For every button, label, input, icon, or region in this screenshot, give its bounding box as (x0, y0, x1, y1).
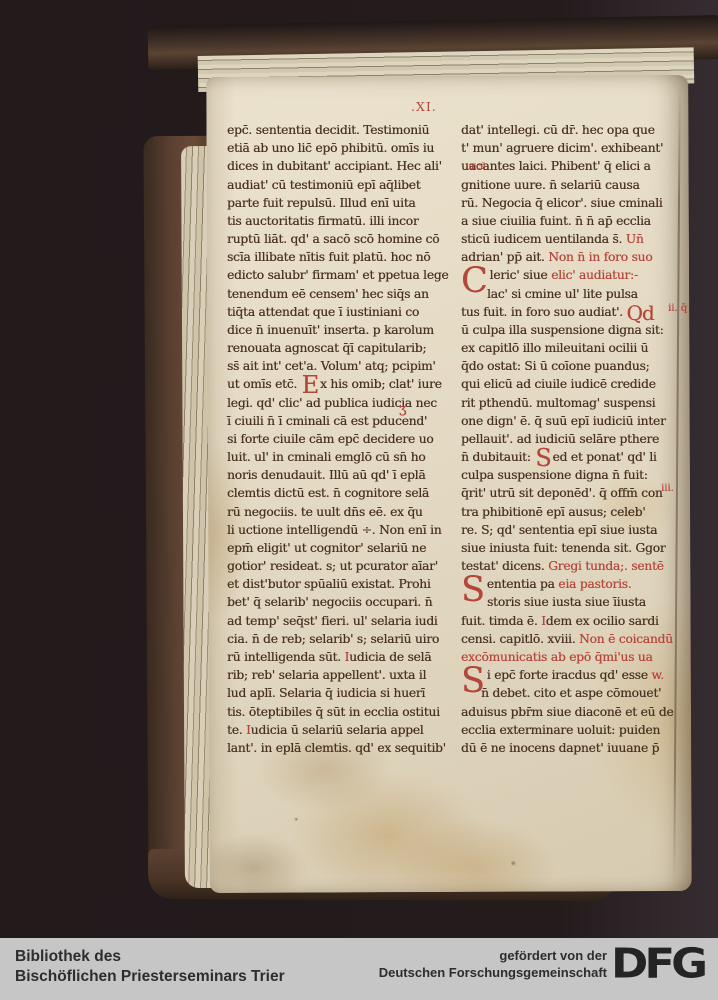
manuscript-line: tenendum eē censem' hec siq̄s an (227, 285, 439, 303)
ink-text: edicto salubr' firmam' et ppetua lege (227, 268, 448, 282)
manuscript-line: etiā ab uno lic̄ epō phibitū. omīs iu (227, 139, 439, 157)
ink-text: et dist'butor spūaliū existat. Prohi (227, 577, 431, 591)
ink-text: sticū iudicem uentilanda s̄. (461, 232, 626, 246)
manuscript-line: ex capitlō illo mileuitani ocilii ū (461, 339, 693, 357)
manuscript-line: parte fuit repulsū. Illud enī uita (227, 194, 439, 212)
ink-text: ruptū liāt. qd' a sacō scō homine cō (227, 232, 439, 246)
ink-text: ed et ponat' qd' li (553, 450, 657, 464)
ink-text: storis siue iusta siue īiusta (487, 595, 646, 609)
manuscript-line: n̄ dubitauit: Sed et ponat' qd' li (461, 448, 693, 466)
manuscript-line: q̄rit' utrū sit deponēd'. q̄ offm̄ con (461, 484, 693, 502)
manuscript-line: qui elicū ad ciuile iudicē credide (461, 375, 693, 393)
rubric-text: excōmunicatis ab epō q̄mi'us ua (461, 650, 653, 664)
manuscript-line: Cleric' siue elic' audiatur:- (461, 266, 693, 284)
ink-text: lant'. in eplā clemtis. qd' ex sequitib' (227, 741, 446, 755)
ink-text: aduisus pbr̄m siue diaconē et eū de (461, 705, 673, 719)
marginal-note: iuicē (466, 162, 485, 171)
ink-text: rib; reb' selaria appellent'. uxta il (227, 668, 426, 682)
manuscript-line: gotior' resideat. s; ut pcurator aīar' (227, 557, 439, 575)
funding-credit-line1: gefördert von der (379, 948, 607, 965)
manuscript-line: aduisus pbr̄m siue diaconē et eū de (461, 703, 693, 721)
ink-text: renouata agnoscat q̄ī capitularib; (227, 341, 426, 355)
rubric-text: eia pastoris. (558, 577, 631, 591)
ink-text: udicia ū selariū selaria appel (251, 723, 424, 737)
ink-text: siue iniusta fuit: tenenda sit. Ggor (461, 541, 665, 555)
manuscript-line: dice n̄ inuenuīt' inserta. p karolum (227, 321, 439, 339)
manuscript-line: lac' si cmine ul' lite pulsa (461, 285, 693, 303)
ink-text: x his omib; clat' iure (320, 377, 442, 391)
photo-stage: .XI. epc̄. sententia decidit. Testimoniū… (0, 0, 718, 1000)
footer-bar: Bibliothek des Bischöflichen Priestersem… (0, 938, 718, 1000)
manuscript-line: Si epc̄ forte iracdus qd' esse w. (461, 666, 693, 684)
ink-text: leric' siue (490, 268, 552, 282)
manuscript-line: noris denudauit. Illū aū qd' ī eplā (227, 466, 439, 484)
manuscript-line: audiat' cū testimoniū epī aq̄libet (227, 176, 439, 194)
manuscript-line: tiq̄ta attendat que ī iustiniani co (227, 303, 439, 321)
manuscript-line: scīa illibate nītis fuit platū. hoc nō (227, 248, 439, 266)
ink-text: rū. Negocia q̄ elicor'. siue cminali (461, 196, 662, 210)
ink-text: tus fuit. in foro suo audiat'. (461, 305, 626, 319)
manuscript-line: rū intelligenda sūt. Iudicia de selā (227, 648, 439, 666)
manuscript-line: tus fuit. in foro suo audiat'. Qd (461, 303, 693, 321)
ink-text: clemtis dictū est. n̄ cognitore selā (227, 486, 429, 500)
ink-text: epm̄ eligit' ut cognitor' selariū ne (227, 541, 426, 555)
manuscript-line: epm̄ eligit' ut cognitor' selariū ne (227, 539, 439, 557)
manuscript-line: censi. capitlō. xviii. Non ē coicandū (461, 630, 693, 648)
ink-text: i epc̄ forte iracdus qd' esse (487, 668, 652, 682)
ink-text: li uctione intelligendū ÷. Non enī in (227, 523, 441, 537)
ink-text: etiā ab uno lic̄ epō phibitū. omīs iu (227, 141, 434, 155)
ink-text: rit pthendū. multomag' suspensi (461, 396, 655, 410)
manuscript-line: sticū iudicem uentilanda s̄. Un̄ (461, 230, 693, 248)
ink-text: lud aplī. Selaria q̄ iudicia si huerī (227, 686, 425, 700)
library-name: Bibliothek des Bischöflichen Priestersem… (15, 947, 285, 986)
manuscript-column-left: epc̄. sententia decidit. Testimoniūetiā … (227, 121, 439, 757)
rubric-text: w. (651, 668, 663, 682)
manuscript-line: storis siue iusta siue īiusta (461, 593, 693, 611)
manuscript-line: dices in dubitant' accipiant. Hec ali' (227, 157, 439, 175)
manuscript-line: excōmunicatis ab epō q̄mi'us ua (461, 648, 693, 666)
rubric-text: S (461, 570, 485, 610)
library-name-line2: Bischöflichen Priesterseminars Trier (15, 967, 285, 987)
manuscript-line: q̄do ostat: Si ū coīone puandus; (461, 357, 693, 375)
manuscript-line: lant'. in eplā clemtis. qd' ex sequitib' (227, 739, 439, 757)
manuscript-line: legi. qd' clic' ad publica iudicia nec (227, 394, 439, 412)
manuscript-line: culpa suspensione digna n̄ fuit: (461, 466, 693, 484)
ink-text: pellauit'. ad iudiciū selāre pthere (461, 432, 659, 446)
manuscript-line: adrian' pp̄ ait. Non n̄ in foro suo (461, 248, 693, 266)
manuscript-line: re. S; qd' sententia epī siue iusta (461, 521, 693, 539)
ink-text: n̄ debet. cito et aspe cōmouet' (481, 686, 661, 700)
ink-text: dū ē ne inocens dapnet' iuuane p̄ (461, 741, 659, 755)
manuscript-line: ad temp' seq̄st' fieri. ul' selaria iudi (227, 612, 439, 630)
ink-text: ecclia exterminare uoluit: puiden (461, 723, 660, 737)
ink-text: audiat' cū testimoniū epī aq̄libet (227, 178, 420, 192)
manuscript-line: li uctione intelligendū ÷. Non enī in (227, 521, 439, 539)
ink-text: ententia pa (487, 577, 559, 591)
manuscript-line: testat' dicens. Gregi tunda;. sentē (461, 557, 693, 575)
ink-text: a siue ciuilia fuint. n̄ n̄ ap̄ ecclia (461, 214, 651, 228)
funding-credit-line2: Deutschen Forschungsgemeinschaft (379, 965, 607, 982)
manuscript-line: renouata agnoscat q̄ī capitularib; (227, 339, 439, 357)
ink-text: culpa suspensione digna n̄ fuit: (461, 468, 648, 482)
manuscript-line: rū. Negocia q̄ elicor'. siue cminali (461, 194, 693, 212)
ink-text: ss̄ ait int' cet'a. Volum' atq; pcipim' (227, 359, 436, 373)
ink-text: te. (227, 723, 246, 737)
manuscript-line: lud aplī. Selaria q̄ iudicia si huerī (227, 684, 439, 702)
ink-text: gotior' resideat. s; ut pcurator aīar' (227, 559, 438, 573)
ink-text: tenendum eē censem' hec siq̄s an (227, 287, 429, 301)
ink-text: lac' si cmine ul' lite pulsa (487, 287, 638, 301)
ink-text: scīa illibate nītis fuit platū. hoc nō (227, 250, 430, 264)
manuscript-column-right: dat' intellegi. cū dr̄. hec opa quet' mu… (461, 121, 693, 757)
ink-text: tis. ōteptibiles q̄ sūt in ecclia ostitu… (227, 705, 440, 719)
manuscript-line: tis. ōteptibiles q̄ sūt in ecclia ostitu… (227, 703, 439, 721)
ink-text: cia. n̄ de reb; selarib' s; selariū uiro (227, 632, 439, 646)
ink-text: dem ex ocilio sardi (546, 614, 659, 628)
ink-text: fuit. timda ē. (461, 614, 541, 628)
rubric-text: Non ē coicandū (579, 632, 673, 646)
manuscript-line: pellauit'. ad iudiciū selāre pthere (461, 430, 693, 448)
manuscript-line: si forte ciuile cām epc̄ decidere uo (227, 430, 439, 448)
manuscript-line: ī ciuili n̄ ī cminali cā est pducend' (227, 412, 439, 430)
ink-text: ex capitlō illo mileuitani ocilii ū (461, 341, 648, 355)
ink-text: uacantes laici. Phibent' q̄ elici a (461, 159, 651, 173)
ink-text: q̄do ostat: Si ū coīone puandus; (461, 359, 649, 373)
funding-credit: gefördert von der Deutschen Forschungsge… (379, 948, 607, 981)
ink-text: tra phibitionē epī ausus; celeb' (461, 505, 645, 519)
ink-text: dat' intellegi. cū dr̄. hec opa que (461, 123, 655, 137)
manuscript-line: ss̄ ait int' cet'a. Volum' atq; pcipim' (227, 357, 439, 375)
manuscript-line: edicto salubr' firmam' et ppetua lege (227, 266, 439, 284)
ink-text: one dign' ē. q̄ suū epī iudiciū inter (461, 414, 666, 428)
ink-text: qui elicū ad ciuile iudicē credide (461, 377, 656, 391)
ink-text: ī ciuili n̄ ī cminali cā est pducend' (227, 414, 427, 428)
manuscript-line: dū ē ne inocens dapnet' iuuane p̄ (461, 739, 693, 757)
ink-text: ū culpa illa suspensione digna sit: (461, 323, 664, 337)
ink-text: re. S; qd' sententia epī siue iusta (461, 523, 657, 537)
marginal-note: iii. (661, 483, 674, 494)
marginal-note: ii. q̄ (668, 303, 687, 314)
manuscript-line: rū negociis. te uult dn̄s eē. ex q̄u (227, 503, 439, 521)
manuscript-line: ruptū liāt. qd' a sacō scō homine cō (227, 230, 439, 248)
manuscript-line: ut omīs etc̄. Ex his omib; clat' iure (227, 375, 439, 393)
rubric-text: Non n̄ in foro suo (548, 250, 652, 264)
ink-text: gnitione uure. n̄ selariū causa (461, 178, 640, 192)
rubric-text: Gregi tunda;. sentē (548, 559, 664, 573)
manuscript-line: dat' intellegi. cū dr̄. hec opa que (461, 121, 693, 139)
ink-text: t' mun' agruere dicim'. exhibeant' (461, 141, 663, 155)
ink-text: ad temp' seq̄st' fieri. ul' selaria iudi (227, 614, 438, 628)
manuscript-line: tis auctoritatis firmatū. illi incor (227, 212, 439, 230)
manuscript-line: epc̄. sententia decidit. Testimoniū (227, 121, 439, 139)
ink-text: parte fuit repulsū. Illud enī uita (227, 196, 415, 210)
rubric-text: C (461, 261, 488, 301)
manuscript-line: cia. n̄ de reb; selarib' s; selariū uiro (227, 630, 439, 648)
manuscript-line: tra phibitionē epī ausus; celeb' (461, 503, 693, 521)
manuscript-line: bet' q̄ selarib' negociis occupari. n̄ (227, 593, 439, 611)
ink-text: dice n̄ inuenuīt' inserta. p karolum (227, 323, 434, 337)
manuscript-line: one dign' ē. q̄ suū epī iudiciū inter (461, 412, 693, 430)
manuscript-line: ū culpa illa suspensione digna sit: (461, 321, 693, 339)
ink-text: noris denudauit. Illū aū qd' ī eplā (227, 468, 425, 482)
manuscript-line: t' mun' agruere dicim'. exhibeant' (461, 139, 693, 157)
manuscript-line: ecclia exterminare uoluit: puiden (461, 721, 693, 739)
manuscript-line: te. Iudicia ū selariū selaria appel (227, 721, 439, 739)
ink-text: udicia de selā (349, 650, 431, 664)
ink-text: si forte ciuile cām epc̄ decidere uo (227, 432, 433, 446)
ink-text: ut omīs etc̄. (227, 377, 301, 391)
manuscript-line: rib; reb' selaria appellent'. uxta il (227, 666, 439, 684)
marginal-note: ʒ (399, 402, 406, 417)
library-name-line1: Bibliothek des (15, 947, 285, 967)
rubric-text: Un̄ (626, 232, 644, 246)
folio-number: .XI. (411, 99, 437, 114)
ink-text: luit. ul' in cminali emglō cū sn̄ ho (227, 450, 425, 464)
manuscript-line: n̄ debet. cito et aspe cōmouet' (461, 684, 693, 702)
ink-text: rū negociis. te uult dn̄s eē. ex q̄u (227, 505, 423, 519)
manuscript-line: siue iniusta fuit: tenenda sit. Ggor (461, 539, 693, 557)
manuscript-line: uacantes laici. Phibent' q̄ elici a (461, 157, 693, 175)
manuscript-line: Sententia pa eia pastoris. (461, 575, 693, 593)
ink-text: tiq̄ta attendat que ī iustiniani co (227, 305, 419, 319)
manuscript-line: fuit. timda ē. Idem ex ocilio sardi (461, 612, 693, 630)
ink-text: epc̄. sententia decidit. Testimoniū (227, 123, 429, 137)
manuscript-line: clemtis dictū est. n̄ cognitore selā (227, 484, 439, 502)
dfg-logo: DFG (611, 939, 704, 988)
ink-text: q̄rit' utrū sit deponēd'. q̄ offm̄ con (461, 486, 663, 500)
ink-text: n̄ dubitauit: (461, 450, 534, 464)
ink-text: censi. capitlō. xviii. (461, 632, 579, 646)
ink-text: tis auctoritatis firmatū. illi incor (227, 214, 418, 228)
rubric-text: elic' audiatur:- (551, 268, 638, 282)
manuscript-line: a siue ciuilia fuint. n̄ n̄ ap̄ ecclia (461, 212, 693, 230)
ink-text: rū intelligenda sūt. (227, 650, 345, 664)
manuscript-line: gnitione uure. n̄ selariū causa (461, 176, 693, 194)
ink-text: dices in dubitant' accipiant. Hec ali' (227, 159, 442, 173)
manuscript-line: et dist'butor spūaliū existat. Prohi (227, 575, 439, 593)
manuscript-line: rit pthendū. multomag' suspensi (461, 394, 693, 412)
manuscript-line: luit. ul' in cminali emglō cū sn̄ ho (227, 448, 439, 466)
ink-text: bet' q̄ selarib' negociis occupari. n̄ (227, 595, 432, 609)
